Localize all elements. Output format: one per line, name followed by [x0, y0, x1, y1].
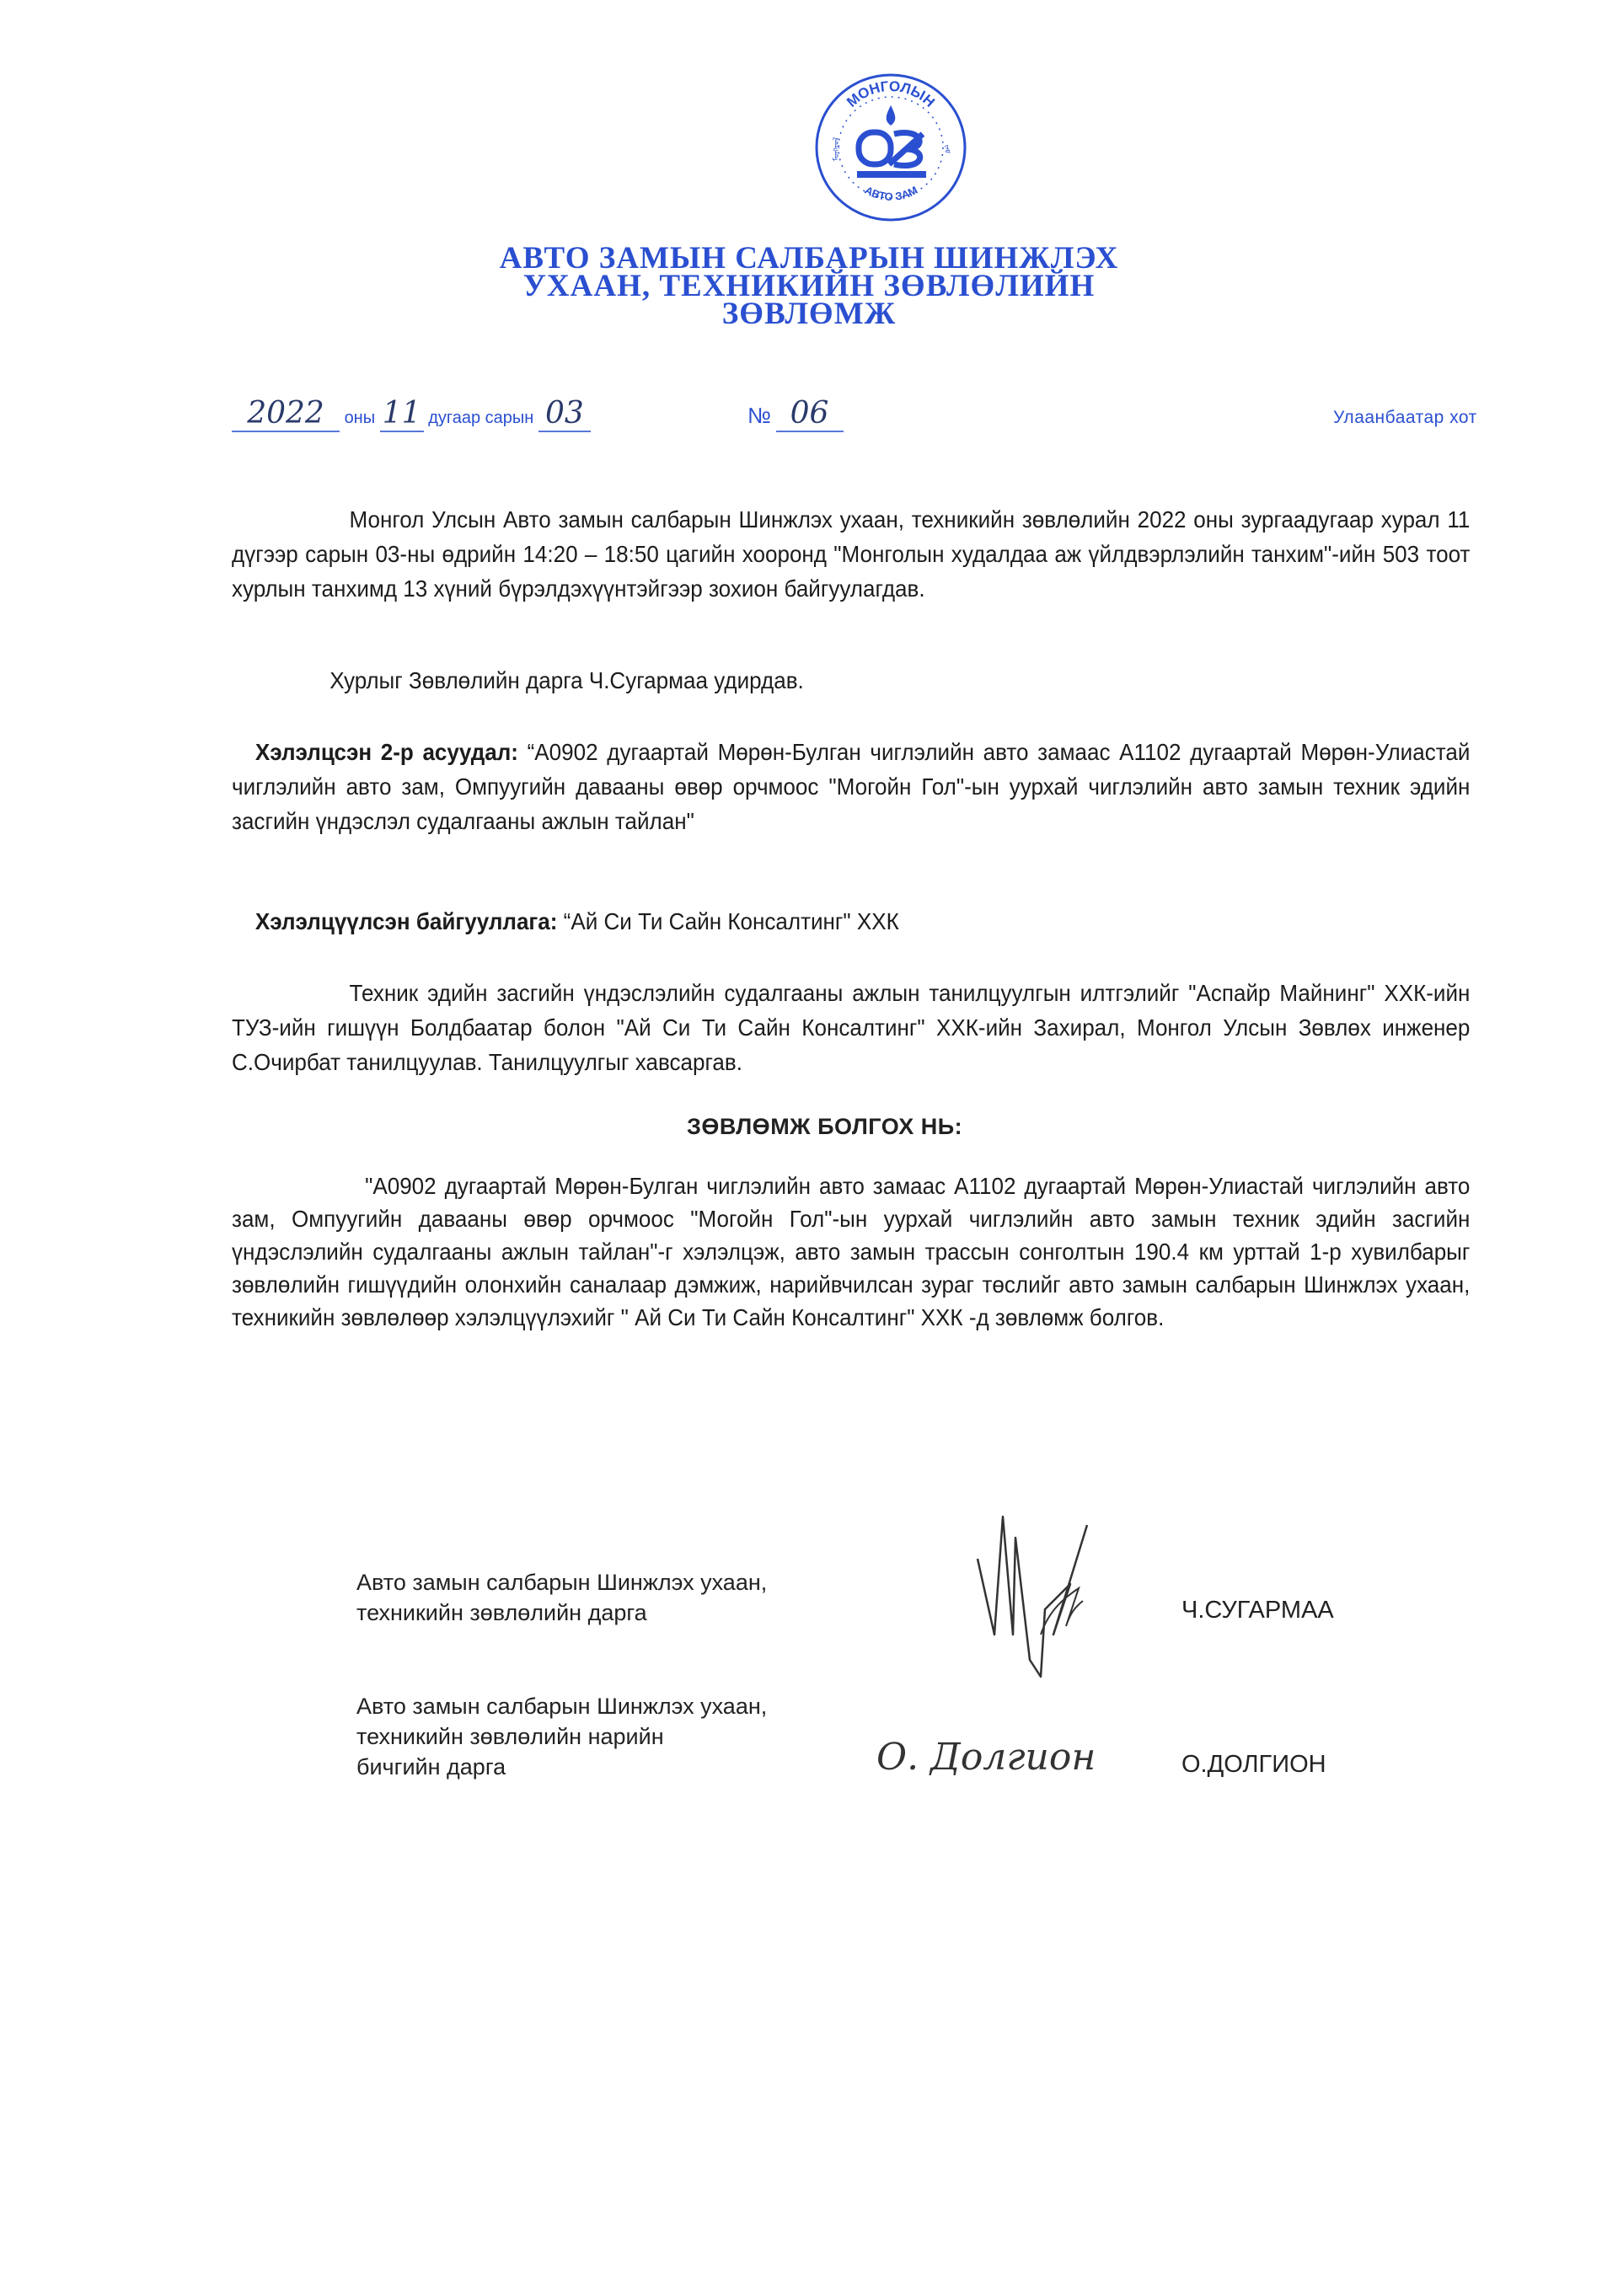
- title-line-3: ЗӨВЛӨМЖ: [472, 300, 1146, 328]
- document-title: АВТО ЗАМЫН САЛБАРЫН ШИНЖЛЭХ УХААН, ТЕХНИ…: [472, 244, 1146, 328]
- mongolian-road-emblem-icon: МОНГОЛЫН АВТО ЗАМ ᠮᠣᠩᠭᠣᠯ ᠵᠠᠮ: [805, 72, 978, 223]
- date-line: 2022 оны 11 дугаар сарын 03 № 06: [232, 396, 844, 438]
- signatory-2-title-line: техникийн зөвлөлийн нарийн: [356, 1721, 767, 1752]
- organization-text: “Ай Си Ти Сайн Консалтинг" ХХК: [564, 908, 899, 934]
- number-label: №: [747, 403, 771, 428]
- organization-label: Хэлэлцүүлсэн байгууллага:: [255, 908, 558, 934]
- svg-text:АВТО ЗАМ: АВТО ЗАМ: [863, 184, 920, 203]
- month-field: 11: [380, 396, 424, 432]
- year-field: 2022: [232, 396, 340, 432]
- issue-label: Хэлэлцсэн 2-р асуудал:: [255, 739, 518, 765]
- signatory-2-title-line: бичгийн дарга: [356, 1752, 767, 1782]
- signatory-1-title: Авто замын салбарын Шинжлэх ухаан, техни…: [356, 1567, 767, 1628]
- intro-text: Монгол Улсын Авто замын салбарын Шинжлэх…: [232, 506, 1470, 602]
- issue-paragraph: Хэлэлцсэн 2-р асуудал: “А0902 дугаартай …: [232, 735, 1470, 838]
- svg-text:ᠮᠣᠩᠭᠣᠯ: ᠮᠣᠩᠭᠣᠯ: [832, 136, 840, 161]
- intro-paragraph: Монгол Улсын Авто замын салбарын Шинжлэх…: [232, 502, 1470, 606]
- signatory-2-name: О.ДОЛГИОН: [1181, 1751, 1326, 1779]
- signature-1: [969, 1508, 1104, 1706]
- presentation-paragraph: Техник эдийн засгийн үндэслэлийн судалга…: [232, 976, 1470, 1079]
- handwritten-signature-icon: О. Долгион: [876, 1736, 1096, 1779]
- month-label: дугаар сарын: [428, 409, 533, 427]
- emblem-logo: МОНГОЛЫН АВТО ЗАМ ᠮᠣᠩᠭᠣᠯ ᠵᠠᠮ: [805, 72, 978, 223]
- svg-text:ᠵᠠᠮ: ᠵᠠᠮ: [943, 145, 951, 153]
- year-label: оны: [345, 409, 376, 427]
- signatory-1-title-line: техникийн зөвлөлийн дарга: [356, 1598, 767, 1628]
- recommendation-heading: ЗӨВЛӨМЖ БОЛГОХ НЬ:: [687, 1114, 962, 1140]
- day-field: 03: [538, 396, 591, 432]
- organization-paragraph: Хэлэлцүүлсэн байгууллага: “Ай Си Ти Сайн…: [232, 904, 1470, 939]
- handwritten-signature-icon: [969, 1508, 1104, 1702]
- chair-paragraph: Хурлыг Зөвлөлийн дарга Ч.Сугармаа удирда…: [232, 663, 1470, 698]
- signatory-2-title: Авто замын салбарын Шинжлэх ухаан, техни…: [356, 1691, 767, 1782]
- signatory-1-title-line: Авто замын салбарын Шинжлэх ухаан,: [356, 1567, 767, 1598]
- signatory-1-name: Ч.СУГАРМАА: [1181, 1597, 1334, 1624]
- chair-text: Хурлыг Зөвлөлийн дарга Ч.Сугармаа удирда…: [329, 667, 804, 693]
- presentation-text: Техник эдийн засгийн үндэслэлийн судалга…: [232, 980, 1470, 1075]
- document-number: 06: [776, 396, 844, 432]
- city-label: Улаанбаатар хот: [1333, 408, 1477, 428]
- signature-2: О. Долгион: [876, 1736, 1096, 1779]
- recommendation-text: "А0902 дугаартай Мөрөн-Булган чиглэлийн …: [232, 1173, 1470, 1330]
- recommendation-paragraph: "А0902 дугаартай Мөрөн-Булган чиглэлийн …: [232, 1169, 1470, 1334]
- signatory-2-title-line: Авто замын салбарын Шинжлэх ухаан,: [356, 1691, 767, 1721]
